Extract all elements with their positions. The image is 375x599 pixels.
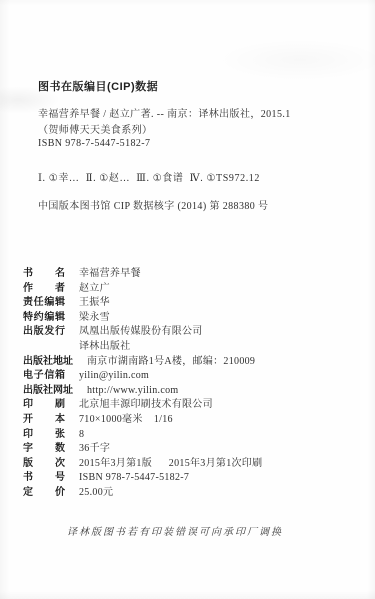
misprint-exchange-note: 译林版图书若有印装错误可向承印厂调换 xyxy=(67,523,283,538)
colophon-value: 8 xyxy=(79,429,84,440)
colophon-value: 译林出版社 xyxy=(79,337,131,352)
colophon-row-email: 电子信箱 yilin@yilin.com xyxy=(23,366,365,381)
colophon-label: 印刷 xyxy=(23,395,65,410)
colophon-value: yilin@yilin.com xyxy=(79,370,149,381)
colophon-row-sheets: 印张 8 xyxy=(23,425,365,440)
colophon-label: 定价 xyxy=(23,483,65,498)
cip-classification-line: Ⅰ. ①幸… Ⅱ. ①赵… Ⅲ. ①食谱 Ⅳ. ①TS972.12 xyxy=(38,169,355,184)
colophon-value: 幸福营养早餐 xyxy=(79,264,141,279)
colophon-label: 书号 xyxy=(23,468,65,483)
colophon-value: http://www.yilin.com xyxy=(87,385,178,396)
cip-bibliographic-lines: 幸福营养早餐 / 赵立广著. -- 南京：译林出版社，2015.1 （贺师傅天天… xyxy=(38,108,355,150)
colophon-row-printer: 印刷 北京旭丰源印刷技术有限公司 xyxy=(23,395,365,410)
colophon-row-website: 出版社网址 http://www.yilin.com xyxy=(23,381,365,396)
colophon-label: 印张 xyxy=(23,425,65,440)
colophon-row-publisher-address: 出版社地址 南京市湖南路1号A楼，邮编：210009 xyxy=(23,352,365,367)
colophon-label: 开本 xyxy=(23,410,65,425)
colophon-value: 25.00元 xyxy=(79,483,113,498)
colophon-value: 710×1000毫米 1/16 xyxy=(79,410,173,425)
colophon-label: 出版社地址 xyxy=(23,352,73,367)
colophon-label: 字数 xyxy=(23,439,65,454)
copyright-page: 图书在版编目(CIP)数据 幸福营养早餐 / 赵立广著. -- 南京：译林出版社… xyxy=(0,0,375,599)
colophon-value: 36千字 xyxy=(79,439,110,454)
colophon-label: 电子信箱 xyxy=(23,366,65,381)
cip-series-line: （贺师傅天天美食系列） xyxy=(38,124,355,137)
colophon-row-publisher-cont: 译林出版社 xyxy=(23,337,365,352)
colophon-row-managing-editor: 责任编辑 王振华 xyxy=(23,293,365,308)
cip-record-number-line: 中国版本图书馆 CIP 数据核字 (2014) 第 288380 号 xyxy=(38,197,355,212)
colophon-value: 王振华 xyxy=(79,293,110,308)
colophon-row-title: 书名 幸福营养早餐 xyxy=(23,264,365,279)
colophon-row-author: 作者 赵立广 xyxy=(23,279,365,294)
publication-info-list: 书名 幸福营养早餐 作者 赵立广 责任编辑 王振华 特约编辑 梁永雪 出版发行 … xyxy=(23,264,365,498)
colophon-label: 出版发行 xyxy=(23,322,65,337)
colophon-value: ISBN 978-7-5447-5182-7 xyxy=(79,472,189,483)
cip-isbn-line: ISBN 978-7-5447-5182-7 xyxy=(38,137,355,150)
colophon-value: 南京市湖南路1号A楼，邮编：210009 xyxy=(87,352,255,367)
cip-data-block: 图书在版编目(CIP)数据 幸福营养早餐 / 赵立广著. -- 南京：译林出版社… xyxy=(0,0,375,212)
colophon-row-price: 定价 25.00元 xyxy=(23,483,365,498)
colophon-row-edition: 版次 2015年3月第1版 2015年3月第1次印刷 xyxy=(23,454,365,469)
cip-bib-line: 幸福营养早餐 / 赵立广著. -- 南京：译林出版社，2015.1 xyxy=(38,108,355,121)
colophon-value: 凤凰出版传媒股份有限公司 xyxy=(79,322,203,337)
colophon-label: 出版社网址 xyxy=(23,381,73,396)
colophon-row-contributing-editor: 特约编辑 梁永雪 xyxy=(23,308,365,323)
cip-heading: 图书在版编目(CIP)数据 xyxy=(38,78,355,94)
colophon-row-format: 开本 710×1000毫米 1/16 xyxy=(23,410,365,425)
colophon-value: 梁永雪 xyxy=(79,308,110,323)
colophon-row-isbn: 书号 ISBN 978-7-5447-5182-7 xyxy=(23,468,365,483)
colophon-row-publisher: 出版发行 凤凰出版传媒股份有限公司 xyxy=(23,322,365,337)
colophon-row-word-count: 字数 36千字 xyxy=(23,439,365,454)
colophon-value: 北京旭丰源印刷技术有限公司 xyxy=(79,395,213,410)
colophon-value: 2015年3月第1版 2015年3月第1次印刷 xyxy=(79,454,262,469)
colophon-label: 责任编辑 xyxy=(23,293,65,308)
colophon-label: 特约编辑 xyxy=(23,308,65,323)
colophon-value: 赵立广 xyxy=(79,279,110,294)
colophon-label: 书名 xyxy=(23,264,65,279)
colophon-label: 版次 xyxy=(23,454,65,469)
colophon-label: 作者 xyxy=(23,279,65,294)
